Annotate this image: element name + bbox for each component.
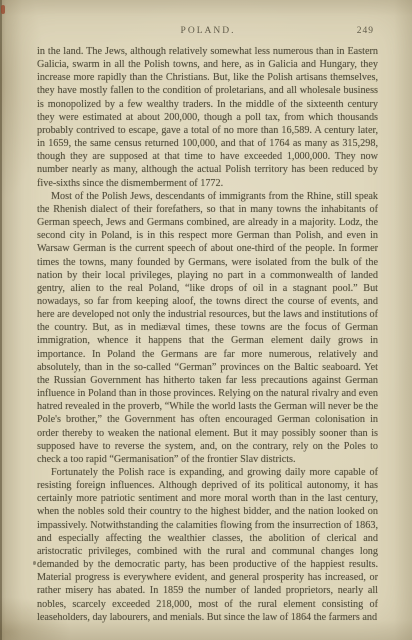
- scan-artifact-ink-dot: [33, 561, 36, 565]
- book-page: POLAND. 249 in the land. The Jews, altho…: [0, 0, 412, 640]
- paragraph: Fortunately the Polish race is expanding…: [37, 466, 378, 624]
- page-header: POLAND. 249: [38, 26, 378, 40]
- paragraph: in the land. The Jews, although relative…: [37, 45, 378, 190]
- paragraph: Most of the Polish Jews, descendants of …: [37, 190, 378, 466]
- scan-artifact-red-speck: [1, 5, 5, 14]
- running-title: POLAND.: [38, 26, 378, 36]
- page-number: 249: [357, 26, 374, 36]
- scan-edge-shadow: [0, 0, 2, 640]
- page-body: in the land. The Jews, although relative…: [37, 45, 378, 624]
